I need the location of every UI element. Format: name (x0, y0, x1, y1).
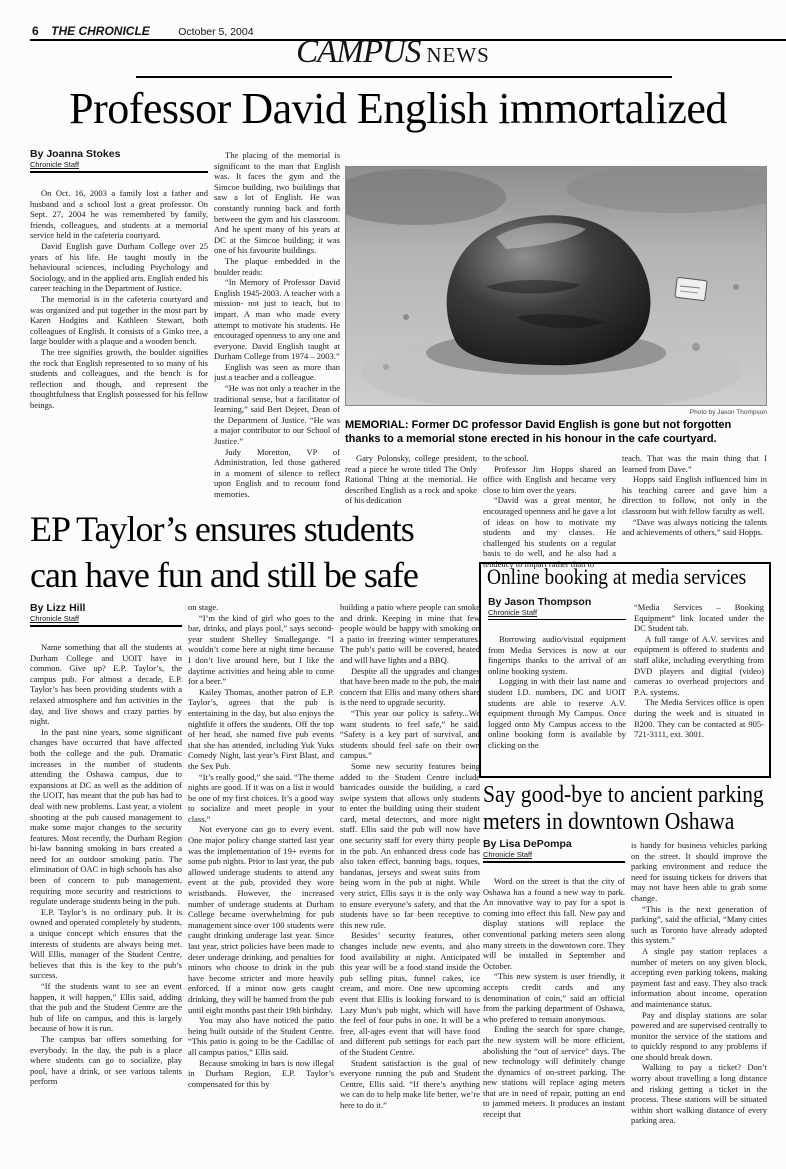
media-services-column-1: Borrowing audio/visual equipment from Me… (488, 634, 626, 774)
paragraph: “It’s really good,” she said. “The theme… (188, 772, 334, 825)
paragraph: Student satisfaction is the goal of ever… (340, 1058, 480, 1111)
paragraph: Some new security features being added t… (340, 761, 480, 931)
paragraph: Besides’ security features, other change… (340, 930, 480, 1057)
paragraph: Kailey Thomas, another patron of E.P. Ta… (188, 687, 334, 772)
paragraph: Walking to pay a ticket? Don’t worry abo… (631, 1062, 767, 1126)
parking-headline: Say good-bye to ancient parking meters i… (483, 782, 771, 836)
paragraph: “In Memory of Professor David English 19… (214, 277, 340, 362)
parking-article-column-2: is handy for business vehicles parking o… (631, 840, 767, 1166)
paragraph: The Media Services office is open during… (634, 697, 764, 739)
paragraph: Because smoking in bars is now illegal i… (188, 1058, 334, 1090)
paragraph: “I’m the kind of girl who goes to the ba… (188, 613, 334, 687)
paragraph: Judy Moretton, VP of Administration, led… (214, 447, 340, 500)
parking-article-column-1: Word on the street is that the city of O… (483, 876, 625, 1166)
paragraph: Despite all the upgrades and changes tha… (340, 666, 480, 708)
paragraph: Hopps said English influenced him in his… (622, 474, 767, 516)
photo-credit: Photo by Jason Thompson (345, 409, 767, 416)
paragraph: The plaque embedded in the boulder reads… (214, 256, 340, 277)
paragraph: Name something that all the students at … (30, 642, 182, 727)
byline-role: Chronicle Staff (488, 608, 626, 617)
parking-headline-line2: meters in downtown Oshawa (483, 809, 771, 836)
paragraph: David English gave Durham College over 2… (30, 241, 208, 294)
paragraph: A full range of A.V. services and equipm… (634, 634, 764, 698)
paragraph: English was seen as more than just a tea… (214, 362, 340, 383)
parking-headline-line1: Say good-bye to ancient parking (483, 782, 771, 809)
pub-headline-line2: can have fun and still be safe (30, 552, 500, 598)
section-title-campus: CAMPUS (296, 34, 420, 70)
paragraph: Professor Jim Hopps shared an office wit… (483, 464, 616, 496)
paragraph: The memorial is in the cafeteria courtya… (30, 294, 208, 347)
photo-caption: MEMORIAL: Former DC professor David Engl… (345, 419, 769, 446)
paragraph: “He was not only a teacher in the tradit… (214, 383, 340, 447)
pub-article-column-1: Name something that all the students at … (30, 642, 182, 1165)
paragraph: “This new system is user friendly, it ac… (483, 971, 625, 1024)
main-byline: By Joanna Stokes Chronicle Staff (30, 148, 208, 173)
byline-author: By Lisa DePompa (483, 838, 625, 850)
main-headline: Professor David English immortalized (20, 84, 776, 134)
paragraph: On Oct. 16, 2003 a family lost a father … (30, 188, 208, 241)
paragraph: Pay and display stations are solar power… (631, 1010, 767, 1063)
paragraph: “If the students want to see an event ha… (30, 981, 182, 1034)
media-services-headline: Online booking at media services (487, 565, 769, 589)
paragraph: Gary Polonsky, college president, read a… (345, 453, 477, 506)
paragraph: building a patio where people can smoke … (340, 602, 480, 666)
media-services-column-2: “Media Services – Booking Equipment” lin… (634, 602, 764, 774)
newspaper-page: 6 THE CHRONICLE October 5, 2004 CAMPUSNE… (0, 0, 786, 1169)
paragraph: Ending the search for spare change, the … (483, 1024, 625, 1119)
paragraph: on stage. (188, 602, 334, 613)
pub-article-column-3: building a patio where people can smoke … (340, 602, 480, 1165)
paragraph: You may also have noticed the patio bein… (188, 1015, 334, 1057)
paragraph: The tree signifies growth, the boulder s… (30, 347, 208, 411)
paragraph: is handy for business vehicles parking o… (631, 840, 767, 904)
pub-headline: EP Taylor’s ensures students can have fu… (30, 506, 500, 598)
media-services-byline: By Jason Thompson Chronicle Staff (488, 596, 626, 620)
section-rule (136, 76, 672, 78)
paragraph: Word on the street is that the city of O… (483, 876, 625, 971)
paragraph: “Media Services – Booking Equipment” lin… (634, 602, 764, 634)
byline-author: By Joanna Stokes (30, 148, 208, 160)
pub-headline-line1: EP Taylor’s ensures students (30, 506, 500, 552)
paragraph: “This year our policy is safety...We wan… (340, 708, 480, 761)
section-banner: CAMPUSNEWS (0, 34, 786, 71)
byline-author: By Lizz Hill (30, 602, 182, 614)
paragraph: “David was a great mentor, he encouraged… (483, 495, 616, 569)
byline-role: Chronicle Staff (483, 850, 625, 859)
paragraph: “This is the next generation of parking”… (631, 904, 767, 946)
memorial-photo (345, 166, 767, 406)
paragraph: The placing of the memorial is significa… (214, 150, 340, 256)
section-title-news: NEWS (426, 43, 490, 67)
main-article-column-1: On Oct. 16, 2003 a family lost a father … (30, 188, 208, 540)
pub-article-column-2: on stage.“I’m the kind of girl who goes … (188, 602, 334, 1165)
byline-author: By Jason Thompson (488, 596, 626, 608)
paragraph: E.P. Taylor’s is no ordinary pub. It is … (30, 907, 182, 981)
pub-byline: By Lizz Hill Chronicle Staff (30, 602, 182, 627)
paragraph: Not everyone can go to every event. One … (188, 824, 334, 1015)
paragraph: Borrowing audio/visual equipment from Me… (488, 634, 626, 676)
paragraph: to the school. (483, 453, 616, 464)
paragraph: The campus bar offers something for ever… (30, 1034, 182, 1087)
paragraph: teach. That was the main thing that I le… (622, 453, 767, 474)
paragraph: “Dave was always noticing the talents an… (622, 517, 767, 538)
parking-byline: By Lisa DePompa Chronicle Staff (483, 838, 625, 863)
main-article-column-2: The placing of the memorial is significa… (214, 150, 340, 542)
memorial-photo-graphic (346, 167, 766, 405)
byline-role: Chronicle Staff (30, 614, 182, 623)
paragraph: In the past nine years, some significant… (30, 727, 182, 907)
paragraph: A single pay station replaces a number o… (631, 946, 767, 1010)
paragraph: Logging in with their last name and stud… (488, 676, 626, 750)
byline-role: Chronicle Staff (30, 160, 208, 169)
